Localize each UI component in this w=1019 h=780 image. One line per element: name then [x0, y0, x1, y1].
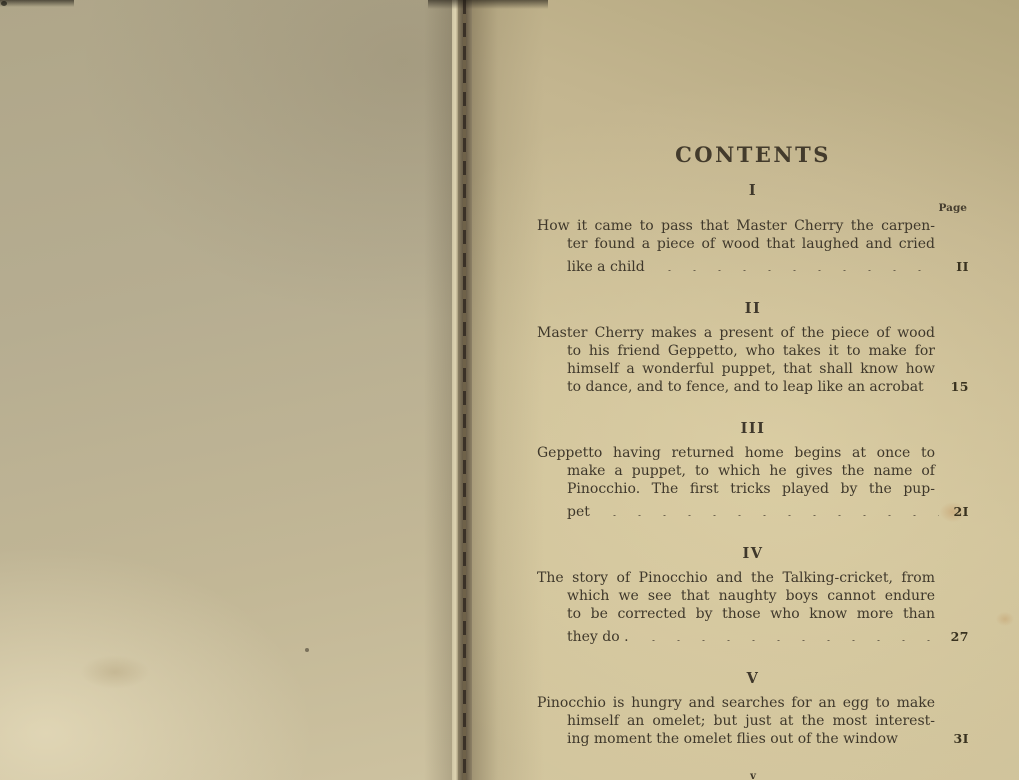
toc-entry-line: they do .: [567, 628, 629, 646]
toc-entry-chapter-1: I Page How it came to pass that Master C…: [537, 182, 969, 276]
page-number: II: [945, 258, 969, 276]
toc-entry-line: Pinocchio is hungry and searches for an …: [537, 694, 935, 712]
toc-entry-last-line: like a child II: [567, 253, 969, 276]
toc-entry-line: The story of Pinocchio and the Talking-c…: [537, 569, 935, 587]
paper-stain: [996, 612, 1014, 626]
book-spine-gutter: [458, 0, 472, 780]
toc-entry-line: ter found a piece of wood that laughed a…: [567, 235, 935, 253]
table-of-contents: CONTENTS I Page How it came to pass that…: [537, 142, 969, 780]
chapter-numeral-5: V: [537, 670, 969, 688]
toc-entry-line: pet: [567, 503, 590, 521]
dot-leader: [600, 498, 939, 516]
toc-entry-line: himself an omelet; but just at the most …: [567, 712, 935, 730]
toc-entry-chapter-5: V Pinocchio is hungry and searches for a…: [537, 670, 969, 748]
page-number: 3I: [945, 730, 969, 748]
toc-entry-chapter-2: II Master Cherry makes a present of the …: [537, 300, 969, 396]
toc-entry-line: ing moment the omelet flies out of the w…: [567, 730, 898, 748]
top-left-edge-shadow: [0, 0, 74, 7]
toc-entry-line: Geppetto having returned home begins at …: [537, 444, 935, 462]
toc-entry-line: Pinocchio. The first tricks played by th…: [567, 480, 935, 498]
toc-entry-last-line: to dance, and to fence, and to leap like…: [567, 378, 969, 396]
binding-stitch-thread: [463, 0, 466, 780]
toc-entry-line: to dance, and to fence, and to leap like…: [567, 378, 924, 396]
toc-entry-last-line: ing moment the omelet flies out of the w…: [567, 730, 969, 748]
chapter-numeral-3: III: [537, 420, 969, 438]
toc-entry-line: like a child: [567, 258, 645, 276]
toc-entry-last-line: they do . 27: [567, 623, 969, 646]
toc-entry-line: How it came to pass that Master Cherry t…: [537, 217, 935, 235]
toc-entry-line: to be corrected by those who know more t…: [567, 605, 935, 623]
paper-stain: [80, 655, 150, 689]
toc-entry-line: himself a wonderful puppet, that shall k…: [567, 360, 935, 378]
toc-entry-line: make a puppet, to which he gives the nam…: [567, 462, 935, 480]
paper-speck: [1, 1, 7, 6]
top-gutter-shadow: [428, 0, 548, 9]
page-number: 15: [945, 378, 969, 396]
chapter-numeral-2: II: [537, 300, 969, 318]
dot-leader: [655, 253, 939, 271]
chapter-numeral-4: IV: [537, 545, 969, 563]
toc-entry-last-line: pet 2I: [567, 498, 969, 521]
chapter-numeral-1: I: [537, 182, 969, 200]
page-number: 2I: [945, 503, 969, 521]
toc-entry-chapter-4: IV The story of Pinocchio and the Talkin…: [537, 545, 969, 646]
left-blank-page: [0, 0, 458, 780]
toc-entry-chapter-3: III Geppetto having returned home begins…: [537, 420, 969, 521]
contents-title: CONTENTS: [537, 142, 969, 168]
page-number: 27: [945, 628, 969, 646]
folio-page-number: v: [537, 768, 969, 780]
toc-entry-line: Master Cherry makes a present of the pie…: [537, 324, 935, 342]
page-column-label: Page: [537, 202, 967, 215]
toc-entry-line: to his friend Geppetto, who takes it to …: [567, 342, 935, 360]
open-book-photo: CONTENTS I Page How it came to pass that…: [0, 0, 1019, 780]
paper-speck: [305, 648, 309, 652]
dot-leader: [639, 623, 939, 641]
toc-entry-line: which we see that naughty boys cannot en…: [567, 587, 935, 605]
